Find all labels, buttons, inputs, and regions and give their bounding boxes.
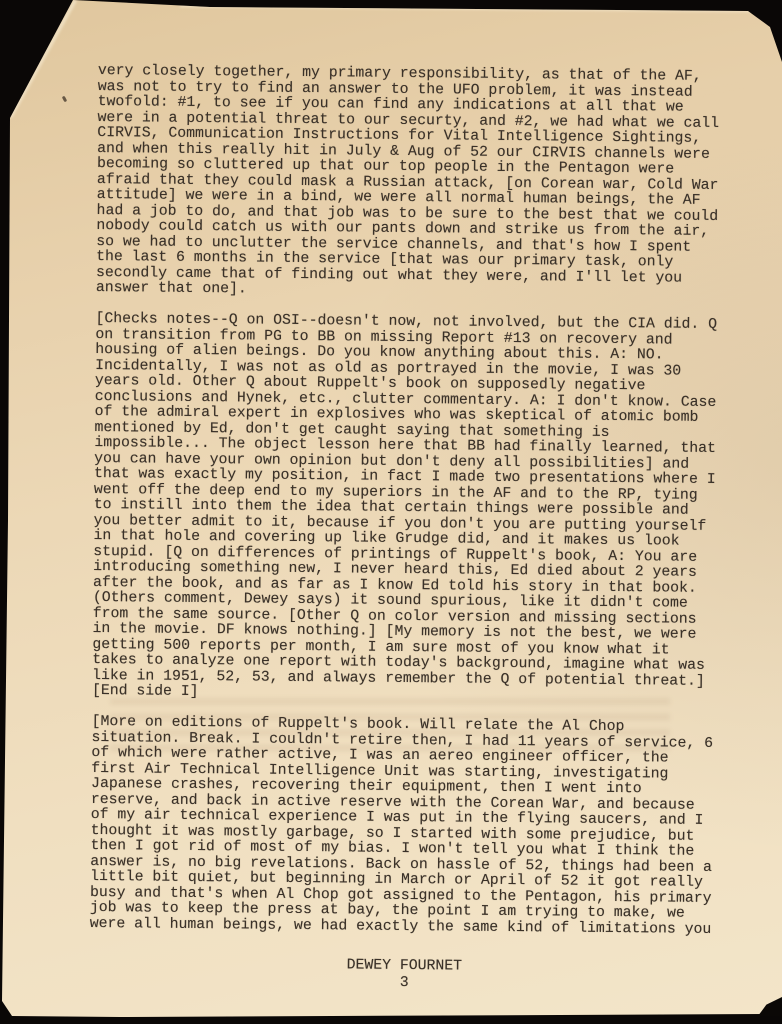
paragraph-2: [Checks notes--Q on OSI--doesn't now, no…: [92, 312, 736, 706]
paragraph-3: [More on editions of Ruppelt's book. Wil…: [90, 715, 732, 938]
page-footer: DEWEY FOURNET 3: [89, 955, 719, 995]
paper-speck: [62, 96, 67, 103]
paper-top-edge: [180, 4, 755, 12]
photo-background: very closely together, my primary respon…: [0, 0, 782, 1024]
paragraph-1: very closely together, my primary respon…: [96, 64, 738, 303]
page-text: very closely together, my primary respon…: [89, 64, 738, 995]
document-page: very closely together, my primary respon…: [0, 0, 782, 1024]
